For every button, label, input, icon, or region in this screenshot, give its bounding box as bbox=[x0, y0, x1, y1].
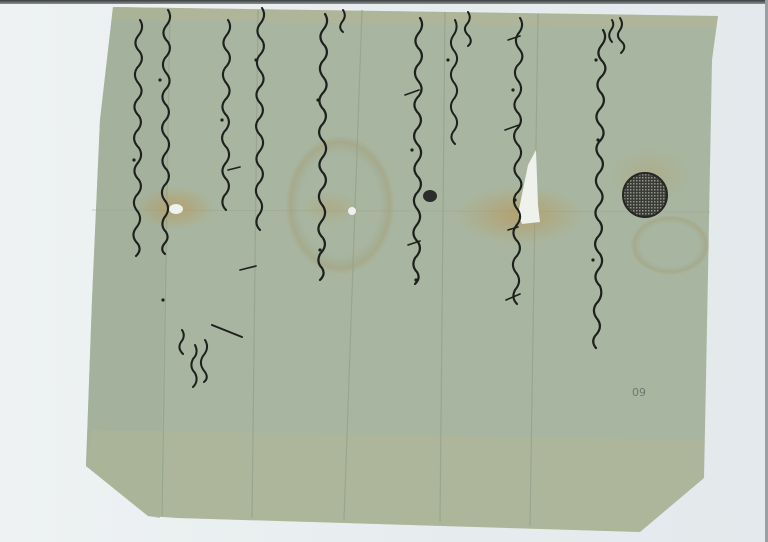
round-seal bbox=[623, 173, 667, 217]
manuscript-page bbox=[0, 0, 768, 542]
ink-blot bbox=[423, 190, 437, 202]
pencil-page-number: 09 bbox=[632, 386, 646, 399]
